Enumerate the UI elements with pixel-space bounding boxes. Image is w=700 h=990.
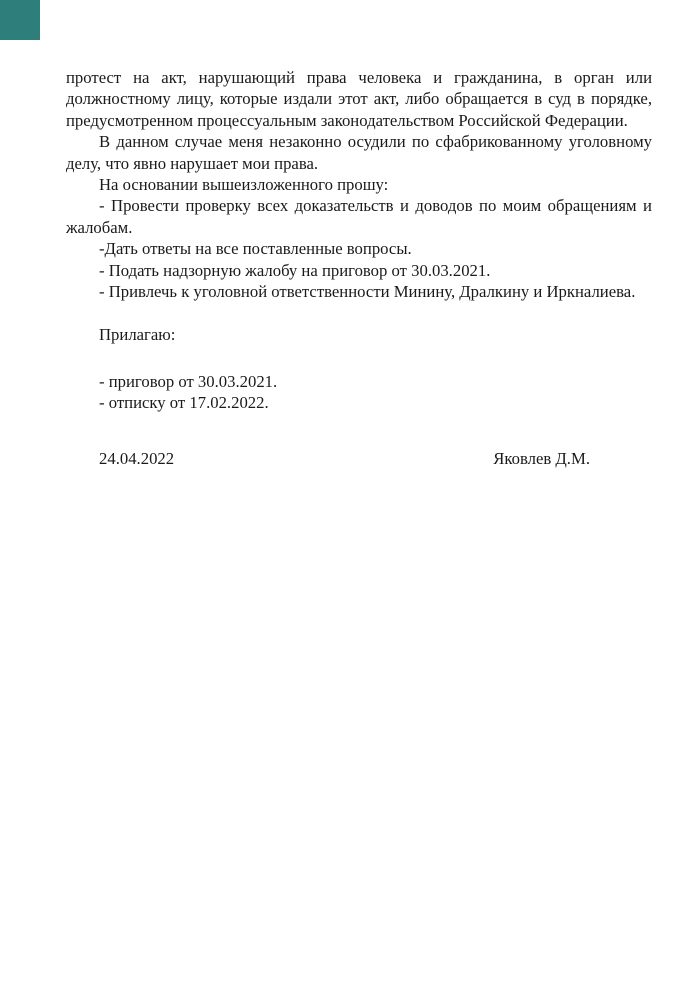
text-line: жалобам. [66,217,652,238]
document-text: протест на акт, нарушающий права человек… [66,67,652,469]
attachments-heading: Прилагаю: [66,324,652,345]
text-line: предусмотренном процессуальным законодат… [66,110,652,131]
text-line: В данном случае меня незаконно осудили п… [66,131,652,152]
attachments-list: - приговор от 30.03.2021.- отписку от 17… [66,371,652,414]
text-line: - Подать надзорную жалобу на приговор от… [66,260,652,281]
text-line: -Дать ответы на все поставленные вопросы… [66,238,652,259]
text-line: - Привлечь к уголовной ответственности М… [66,281,652,302]
text-line: делу, что явно нарушает мои права. [66,153,652,174]
signature-row: 24.04.2022 Яковлев Д.М. [66,448,652,469]
signature-date: 24.04.2022 [66,448,174,469]
signature-name: Яковлев Д.М. [493,448,590,469]
attachment-item: - отписку от 17.02.2022. [66,392,652,413]
attachment-item: - приговор от 30.03.2021. [66,371,652,392]
body-paragraphs: протест на акт, нарушающий права человек… [66,67,652,302]
text-line: - Провести проверку всех доказательств и… [66,195,652,216]
text-line: протест на акт, нарушающий права человек… [66,67,652,88]
corner-marker [0,0,40,40]
text-line: должностному лицу, которые издали этот а… [66,88,652,109]
text-line: На основании вышеизложенного прошу: [66,174,652,195]
document-page: протест на акт, нарушающий права человек… [0,0,700,990]
